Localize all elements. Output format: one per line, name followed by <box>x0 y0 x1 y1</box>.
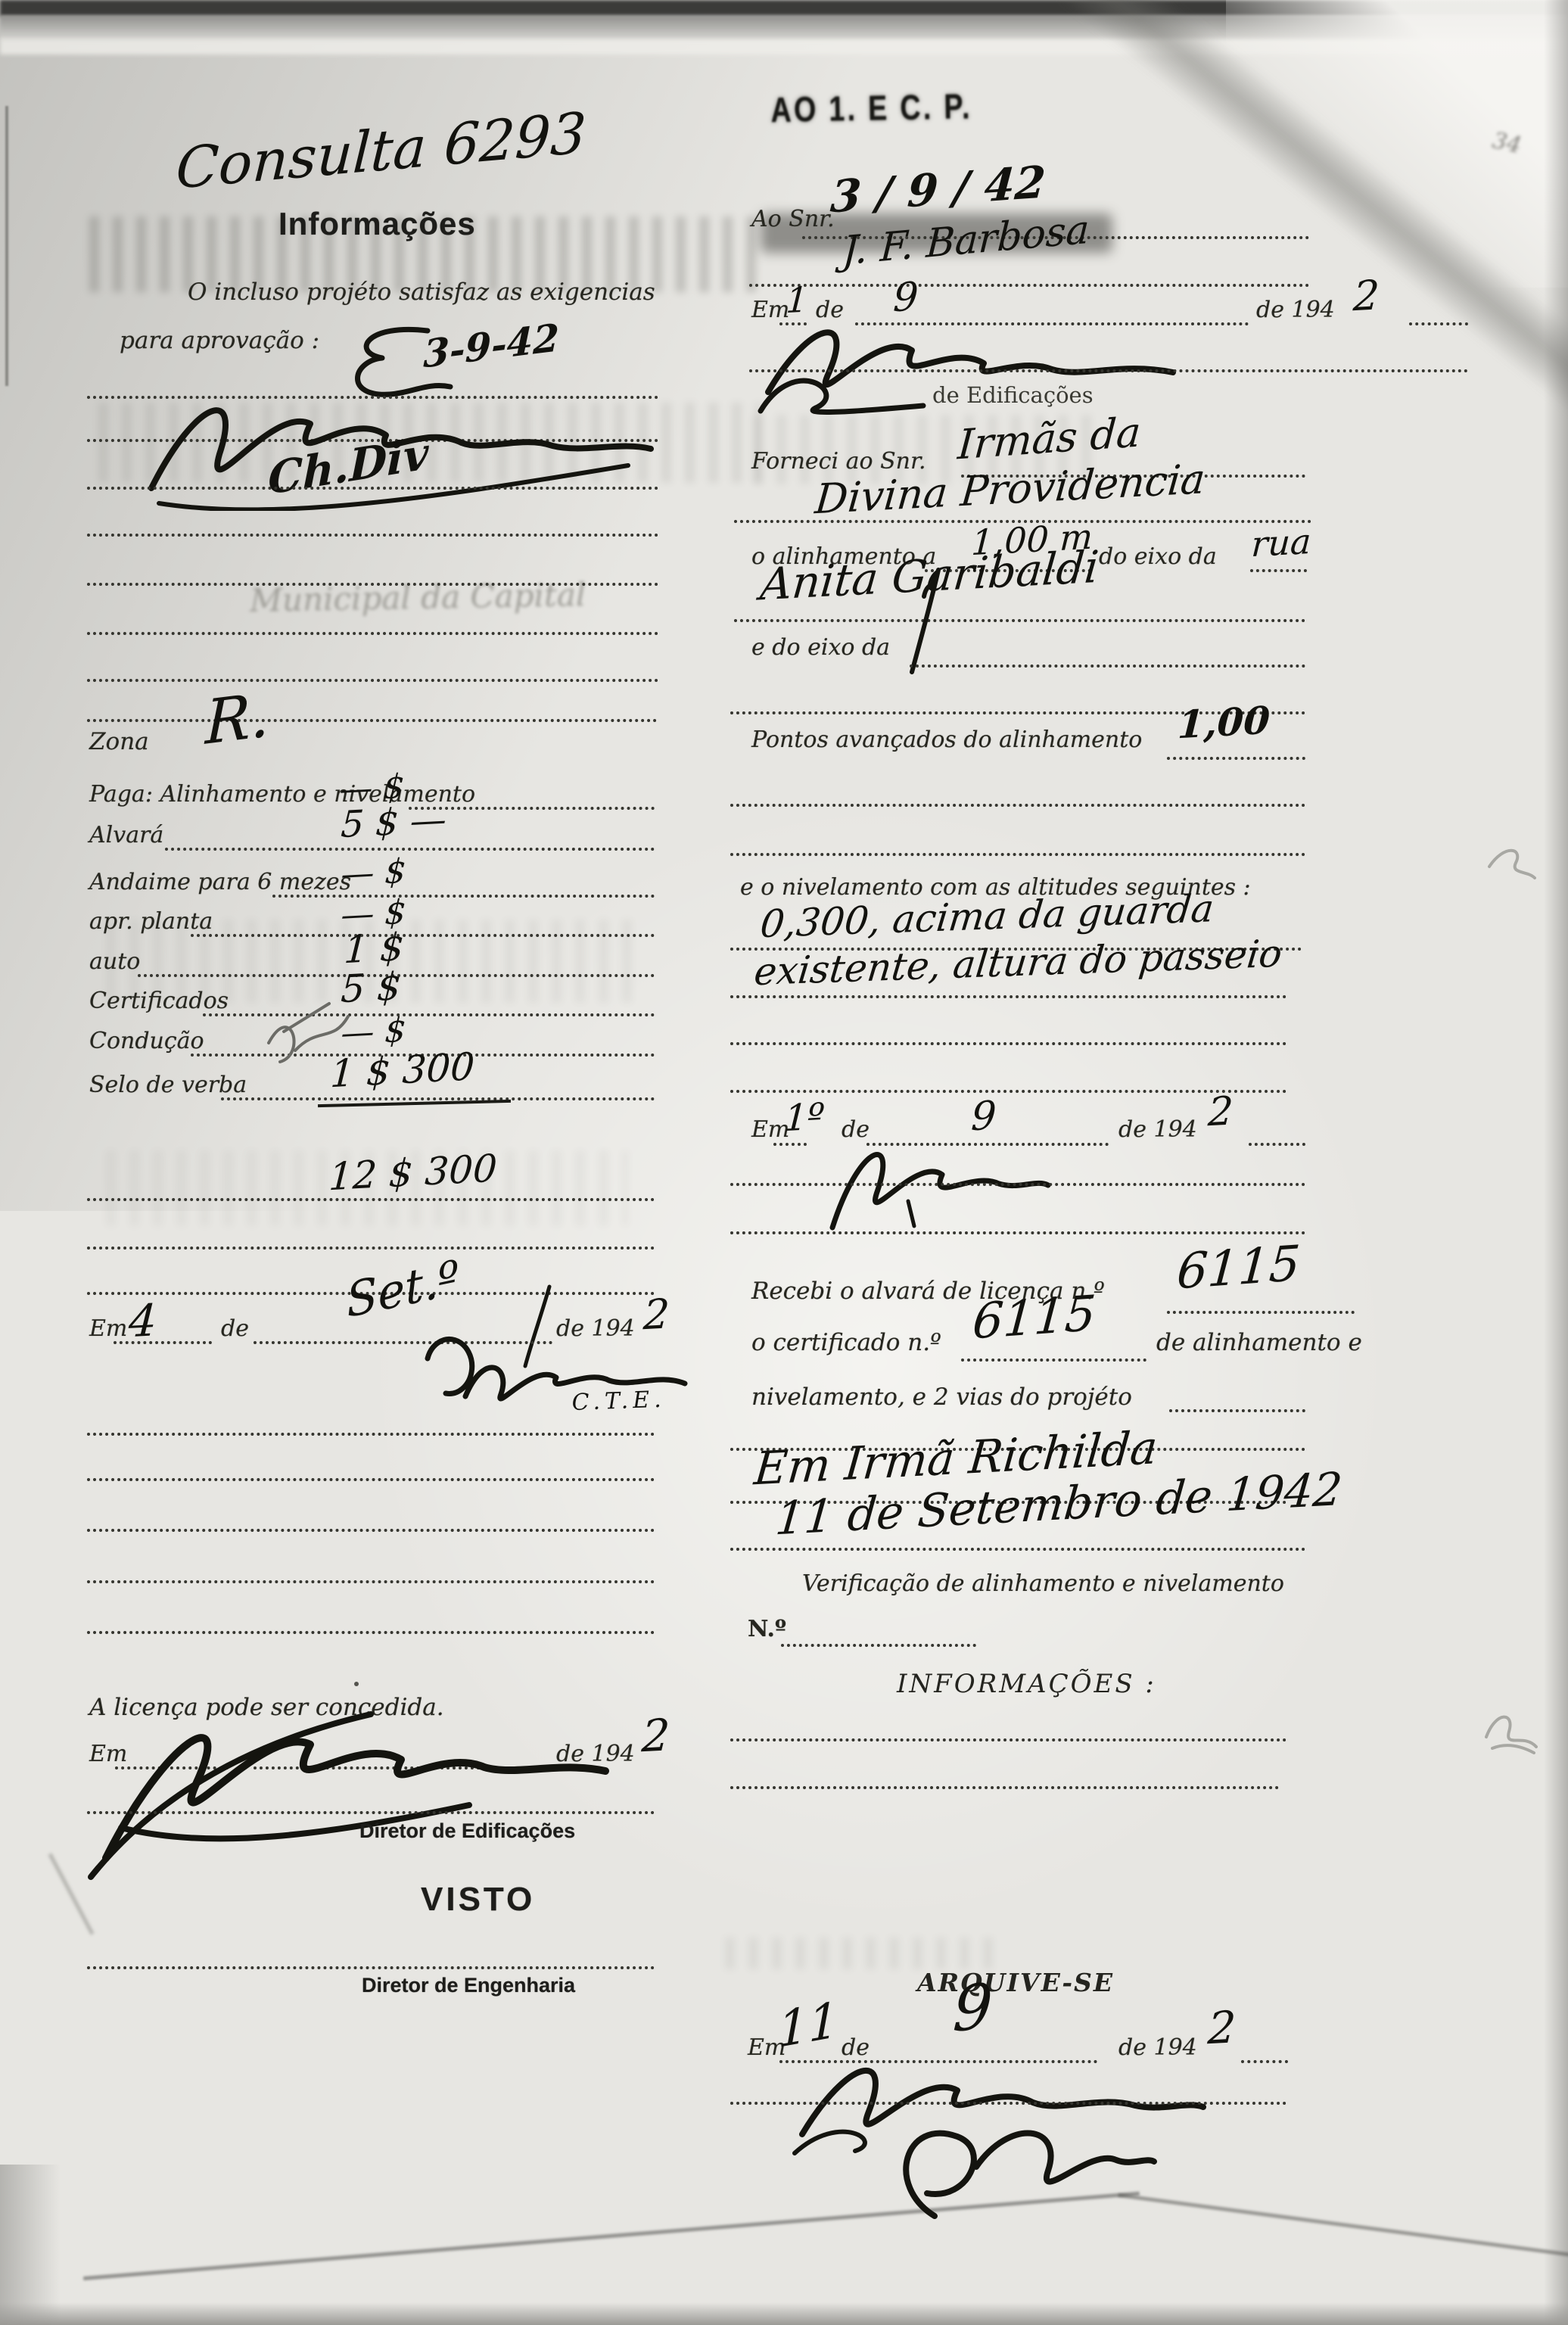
recebi-line2-label: o certificado n.º <box>751 1329 941 1356</box>
pontos-label: Pontos avançados do alinhamento <box>751 727 1142 753</box>
de-label: de <box>221 1315 249 1342</box>
scan-edge-right <box>1544 0 1568 2325</box>
dotted-line <box>165 848 655 851</box>
dotted-line <box>87 1966 655 1969</box>
ao-snr-label: Ao Snr. <box>751 206 835 232</box>
scan-shadow-bottomleft <box>0 2165 61 2325</box>
dotted-line <box>730 1738 1286 1741</box>
dotted-line <box>730 1548 1305 1551</box>
dotted-line <box>87 534 658 537</box>
dotted-line <box>730 1183 1305 1186</box>
division-initials-scrawl <box>863 2095 1158 2246</box>
dotted-line <box>1167 757 1305 760</box>
numero-label: N.º <box>748 1616 786 1642</box>
dotted-line <box>1169 1409 1305 1412</box>
scanned-document-page: Municipal da Capital Consulta 6293 Infor… <box>0 0 1568 2325</box>
scan-edge-top <box>0 0 1568 17</box>
statement-line2: para aprovação : <box>120 327 319 354</box>
year-digit-handwriting: 2 <box>1206 2001 1237 2054</box>
certificate-number-handwriting: 6115 <box>971 1286 1098 1351</box>
dotted-line <box>87 1631 655 1634</box>
dotted-line <box>961 1359 1146 1362</box>
dotted-line <box>87 1478 655 1481</box>
dotted-line <box>781 1644 976 1647</box>
dotted-line <box>114 1341 212 1344</box>
day-handwriting: 4 <box>127 1294 157 1347</box>
month-handwriting: Set.º <box>344 1249 462 1328</box>
hand-slash <box>904 566 946 676</box>
dotted-line <box>87 1198 655 1201</box>
dotted-line <box>87 1433 655 1436</box>
scan-edge-top-light <box>0 39 1568 54</box>
fee-label: Selo de verba <box>89 1072 247 1098</box>
eixo-label: do eixo da <box>1099 543 1217 570</box>
dotted-line <box>272 895 655 898</box>
received-stamp: AO 1. E C. P. <box>770 86 972 130</box>
margin-squiggle <box>1477 1703 1542 1760</box>
informacoes-heading: INFORMAÇÕES : <box>897 1669 1156 1699</box>
recebi-line2-suffix: de alinhamento e <box>1156 1329 1362 1356</box>
dotted-line <box>87 719 657 722</box>
dotted-line <box>749 284 1309 287</box>
fee-label: apr. planta <box>89 908 213 935</box>
dotted-line <box>1409 322 1468 325</box>
dotted-line <box>87 1529 655 1532</box>
dotted-line <box>730 853 1305 856</box>
dotted-line <box>730 1090 1286 1093</box>
fee-label: auto <box>89 948 140 975</box>
dotted-line <box>221 1097 655 1100</box>
visto-label: VISTO <box>421 1881 535 1919</box>
zona-label: Zona <box>89 728 149 755</box>
edificacoes-title-label: de Edificações <box>932 382 1094 408</box>
fee-label: Certificados <box>89 988 229 1014</box>
year-digit-handwriting: 2 <box>1207 1088 1234 1135</box>
fee-label: Condução <box>89 1028 204 1054</box>
fee-value-handwriting: — $ <box>340 851 407 894</box>
dotted-line <box>1167 1311 1355 1314</box>
de194-label: de 194 <box>1256 297 1335 323</box>
fee-value-handwriting: 1 $ 300 <box>329 1044 476 1096</box>
dotted-line <box>773 1143 807 1146</box>
scan-edge-top-gradient <box>0 15 1568 41</box>
fee-label: Alvará <box>89 822 163 848</box>
clerk-initials-handwriting: C.T.E. <box>571 1387 666 1416</box>
dotted-line <box>749 369 1468 372</box>
verificacao-title: Verificação de alinhamento e nivelamento <box>802 1570 1284 1597</box>
statement-line1: O incluso projéto satisfaz as exigencias <box>188 279 655 306</box>
fee-total-handwriting: 12 $ 300 <box>328 1146 498 1199</box>
scan-edge-bottom <box>0 2302 1568 2325</box>
margin-squiggle <box>1482 836 1538 885</box>
de194-label: de 194 <box>1118 1116 1197 1143</box>
signature-verificador <box>817 1129 1052 1235</box>
dotted-line <box>87 1580 655 1583</box>
eixo-value-handwriting: rua <box>1250 521 1312 565</box>
dotted-line <box>87 1811 655 1814</box>
dotted-line <box>734 619 1305 622</box>
director-engenharia-label: Diretor de Engenharia <box>362 1974 575 1997</box>
month-handwriting: 9 <box>951 1970 994 2046</box>
year-digit-handwriting: 2 <box>640 1709 670 1762</box>
arquive-se-label: ARQUIVE-SE <box>917 1968 1114 1997</box>
dotted-line <box>87 632 658 635</box>
fee-value-handwriting: 5 $ — <box>340 798 447 847</box>
ink-dot <box>354 1682 359 1686</box>
dotted-line <box>87 583 658 586</box>
dotted-line <box>730 804 1305 807</box>
license-number-handwriting: 6115 <box>1175 1236 1302 1301</box>
dotted-line <box>910 665 1305 668</box>
dotted-line <box>730 1786 1279 1789</box>
dotted-line <box>1250 569 1307 572</box>
fee-label: Andaime para 6 mezes <box>89 869 351 895</box>
dotted-line <box>1249 1143 1305 1146</box>
informacoes-title: Informações <box>278 206 476 242</box>
consulta-number-handwriting: Consulta 6293 <box>174 101 587 202</box>
dotted-line <box>730 1042 1286 1045</box>
hand-underline <box>318 1100 511 1107</box>
year-digit-handwriting: 2 <box>1352 271 1381 320</box>
em-label: Em <box>89 1315 127 1342</box>
dotted-line <box>87 679 658 682</box>
dotted-line <box>730 995 1286 998</box>
scan-line-left <box>5 106 8 386</box>
showthrough-band5 <box>725 1937 1005 1969</box>
bottom-crease-right <box>1118 2193 1568 2258</box>
dotted-line <box>87 1247 655 1250</box>
dotted-line <box>1241 2060 1288 2063</box>
signature-director-edificacoes <box>76 1692 628 1881</box>
dotted-line <box>87 487 658 490</box>
dotted-line <box>191 934 655 937</box>
eixo2-label: e do eixo da <box>751 634 890 661</box>
corner-pencil-mark: 34 <box>1490 127 1524 159</box>
recebi-line3-label: nivelamento, e 2 vias do projéto <box>751 1383 1132 1411</box>
zona-value-handwriting: R. <box>204 680 270 758</box>
director-edificacoes-label: Diretor de Edificações <box>359 1819 575 1843</box>
dotted-line <box>730 1231 1305 1234</box>
pontos-value-handwriting: 1,00 <box>1177 698 1271 748</box>
